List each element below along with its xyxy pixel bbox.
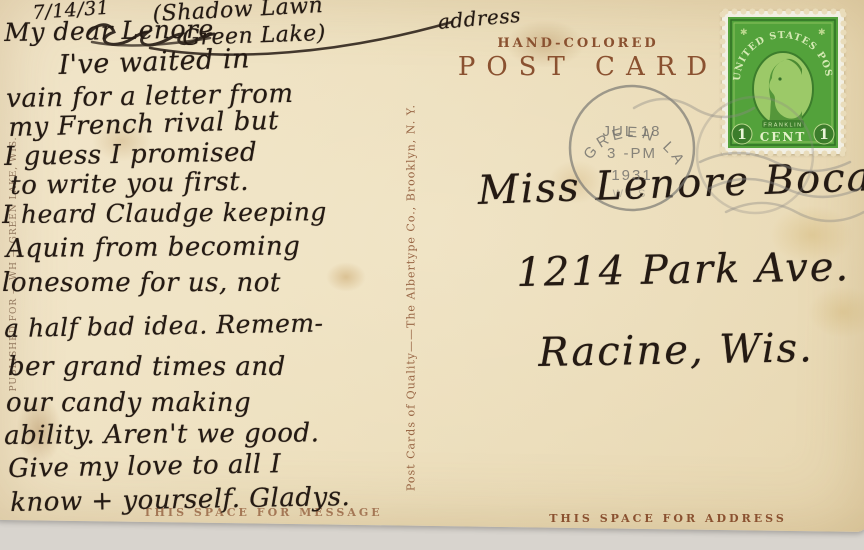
ink-scribble — [80, 12, 470, 64]
cancellation-marks — [630, 70, 864, 240]
message-line: a half bad idea. Remem- — [4, 308, 324, 343]
publisher-credit-vertical: Post Cards of Quality——The Albertype Co.… — [405, 83, 418, 513]
address-line-street: 1214 Park Ave. — [516, 244, 851, 296]
address-line-city: Racine, Wis. — [538, 325, 814, 376]
message-line: Aquin from becoming — [6, 231, 300, 264]
space-for-address-label: THIS SPACE FOR ADDRESS — [548, 512, 788, 525]
message-line: Give my love to all I — [8, 449, 281, 484]
stamp-perforation-top — [721, 8, 845, 15]
stamp-ornament-left: ✱ — [740, 27, 748, 37]
hand-colored-label: HAND-COLORED — [468, 36, 688, 51]
postcard-scan: HAND-COLORED POST CARD THIS SPACE FOR ME… — [0, 0, 864, 550]
message-line: I heard Claudge keeping — [2, 197, 327, 229]
stamp-ornament-right: ✱ — [818, 27, 826, 37]
insert-underline — [150, 22, 452, 55]
message-line: to write you first. — [10, 167, 249, 201]
message-line: know + yourself. Gladys. — [10, 482, 351, 518]
message-line: lonesome for us, not — [2, 268, 281, 298]
message-line: ber grand times and — [8, 352, 286, 382]
message-line: ability. Aren't we good. — [4, 418, 320, 451]
message-line: our candy making — [6, 388, 251, 418]
